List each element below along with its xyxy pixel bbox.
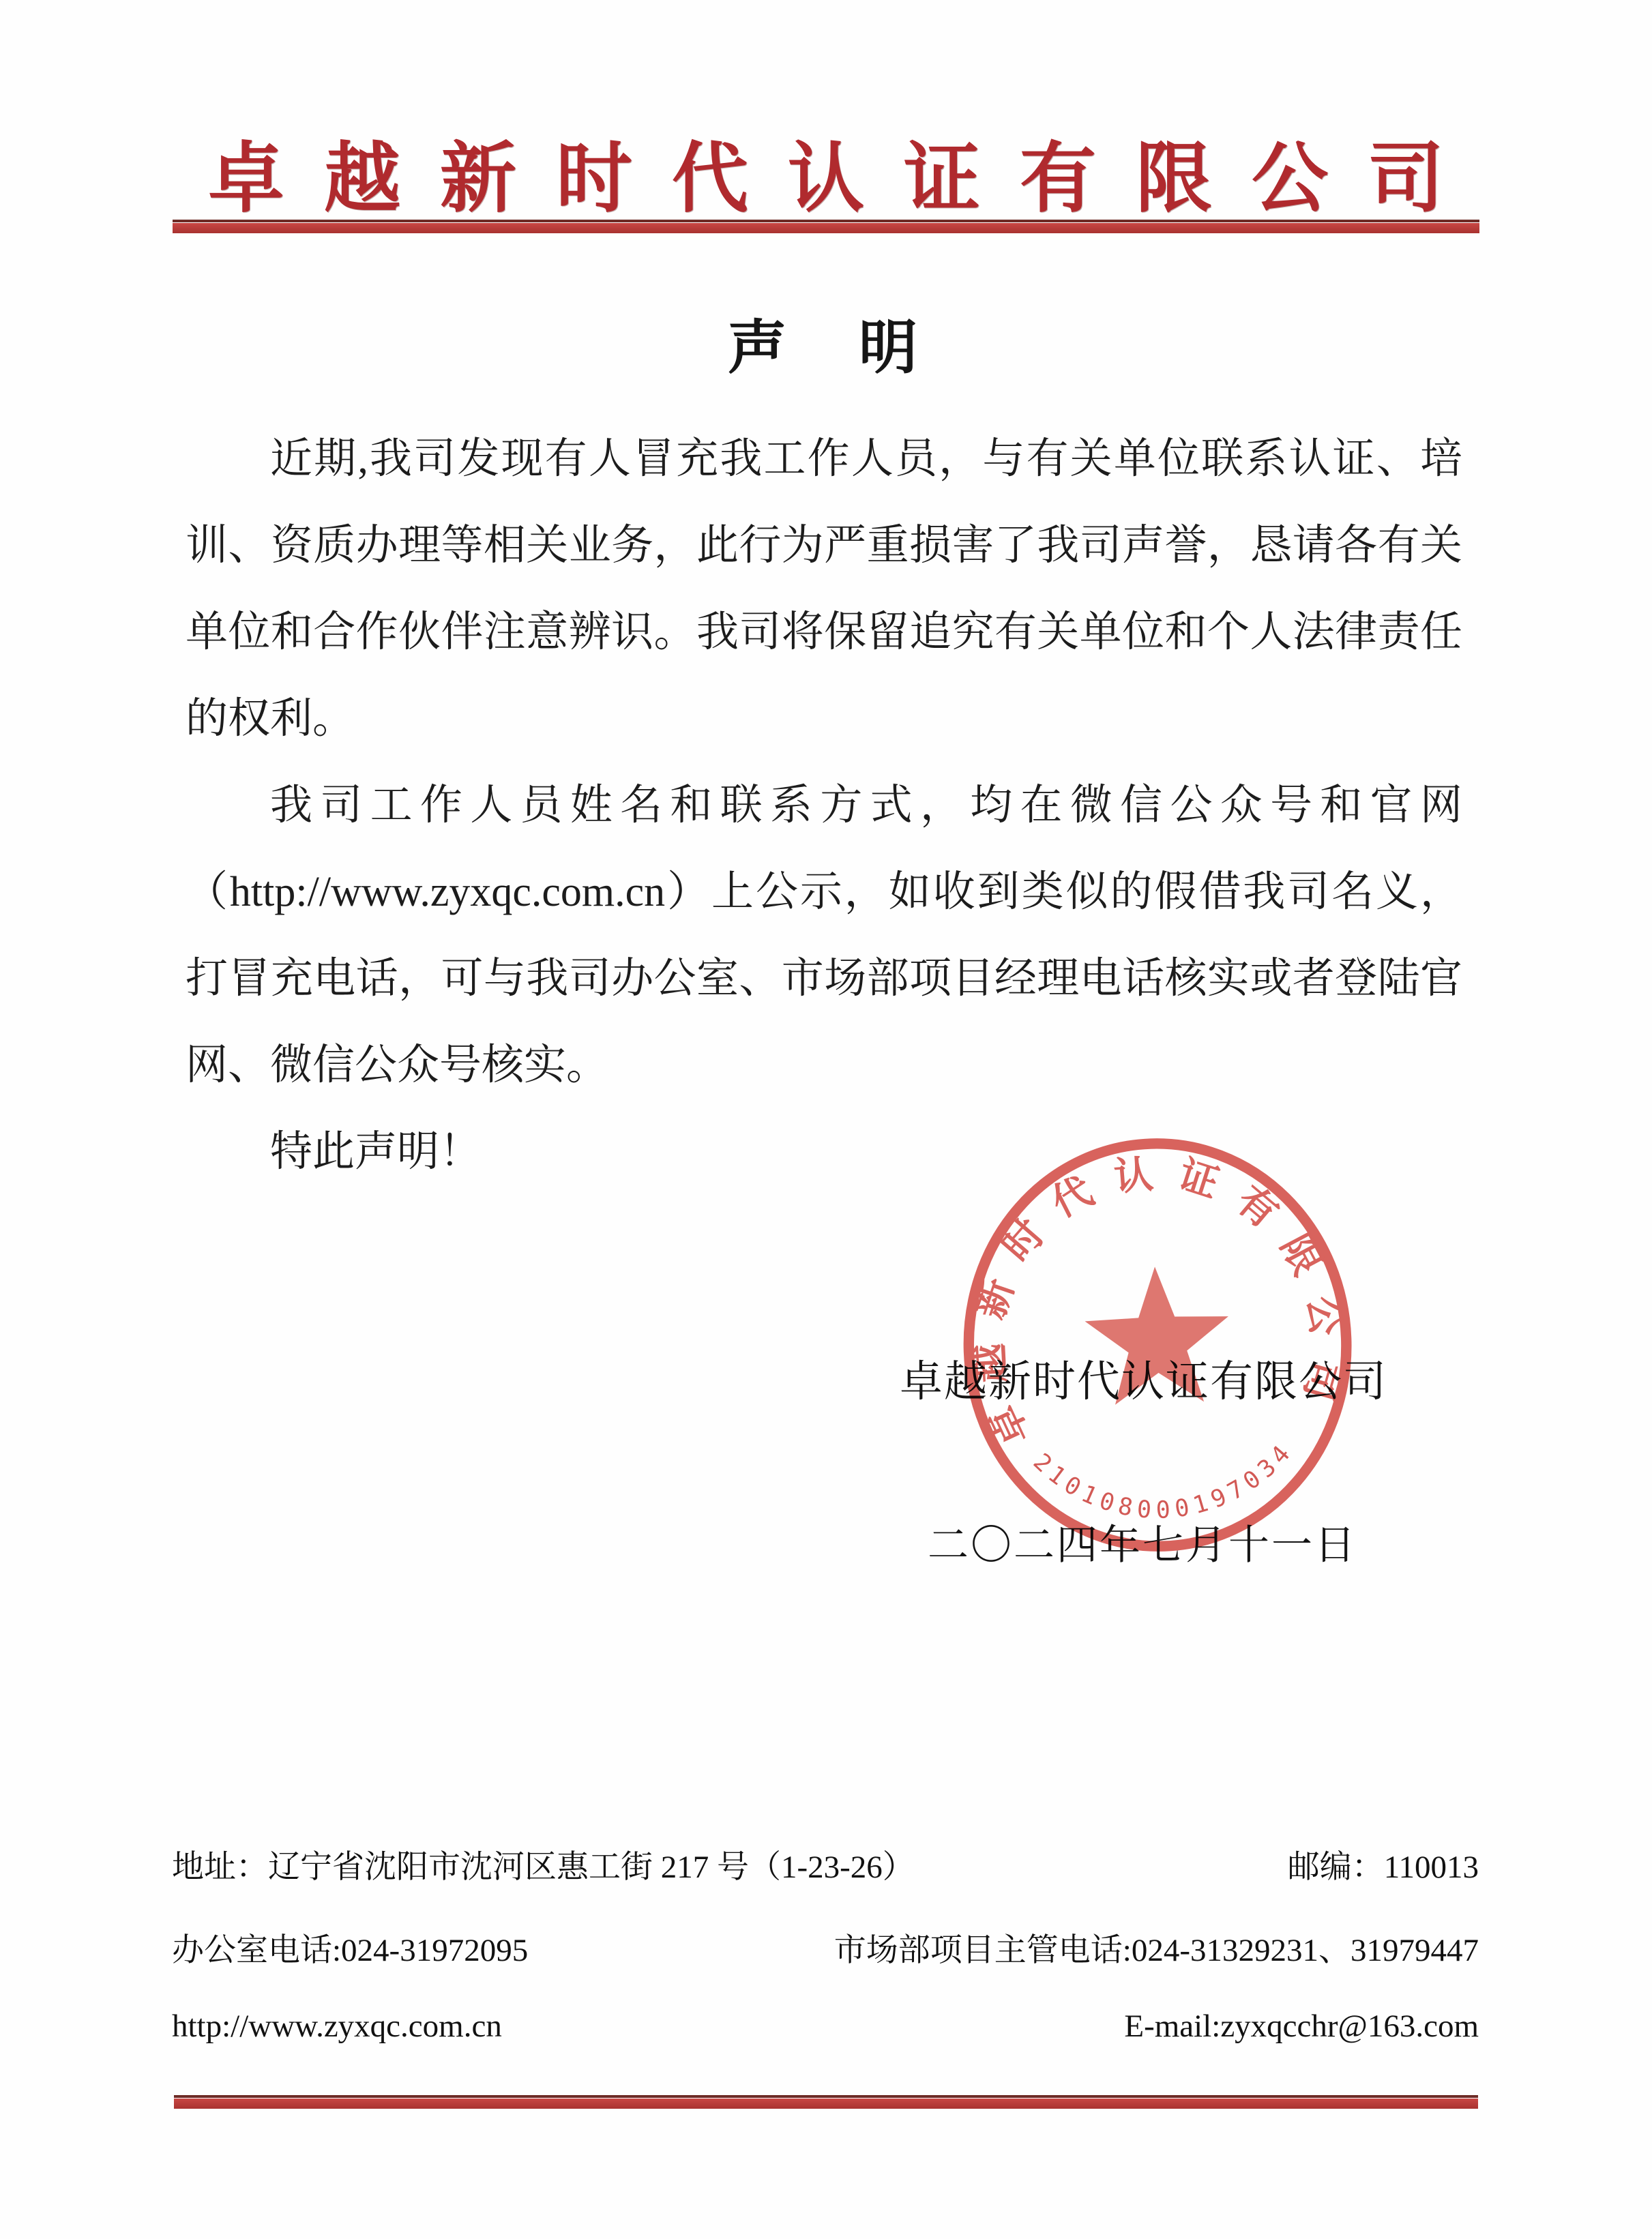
letterhead-divider-thin-line xyxy=(173,220,1479,222)
document-title: 声 明 xyxy=(0,300,1652,385)
footer-row-address: 地址：辽宁省沈阳市沈河区惠工街 217 号（1-23-26） 邮编：110013 xyxy=(172,1841,1479,1887)
document-page: 卓越新时代认证有限公司 声 明 近期,我司发现有人冒充我工作人员，与有关单位联系… xyxy=(0,0,1652,2239)
letterhead-divider xyxy=(173,220,1479,233)
footer-divider-thick-line xyxy=(174,2099,1478,2109)
footer-office-phone: 办公室电话:024-31972095 xyxy=(172,1925,528,1970)
footer-divider-thin-line xyxy=(174,2095,1478,2098)
footer-postal-code: 邮编：110013 xyxy=(1288,1841,1479,1887)
footer-row-web: http://www.zyxqc.com.cn E-mail:zyxqcchr@… xyxy=(172,2008,1479,2045)
footer-address: 地址：辽宁省沈阳市沈河区惠工街 217 号（1-23-26） xyxy=(172,1841,915,1887)
seal-ring xyxy=(962,1137,1353,1552)
footer-email: E-mail:zyxqcchr@163.com xyxy=(1124,2008,1479,2045)
body-paragraph-3: 特此声明！ xyxy=(186,1109,1462,1196)
signature-company-name: 卓越新时代认证有限公司 xyxy=(900,1347,1387,1409)
statement-body: 近期,我司发现有人冒充我工作人员，与有关单位联系认证、培训、资质办理等相关业务，… xyxy=(186,416,1462,1196)
footer-market-phone: 市场部项目主管电话:024-31329231、31979447 xyxy=(834,1925,1479,1970)
footer-divider xyxy=(174,2095,1478,2109)
body-paragraph-1: 近期,我司发现有人冒充我工作人员，与有关单位联系认证、培训、资质办理等相关业务，… xyxy=(186,416,1462,762)
body-paragraph-2: 我司工作人员姓名和联系方式，均在微信公众号和官网（http://www.zyxq… xyxy=(186,762,1462,1109)
footer-website: http://www.zyxqc.com.cn xyxy=(172,2008,502,2045)
letterhead-company-name: 卓越新时代认证有限公司 xyxy=(0,117,1652,227)
letterhead-divider-thick-line xyxy=(173,223,1479,233)
footer-row-phones: 办公室电话:024-31972095 市场部项目主管电话:024-3132923… xyxy=(172,1925,1479,1970)
signature-date: 二〇二四年七月十一日 xyxy=(928,1513,1357,1571)
